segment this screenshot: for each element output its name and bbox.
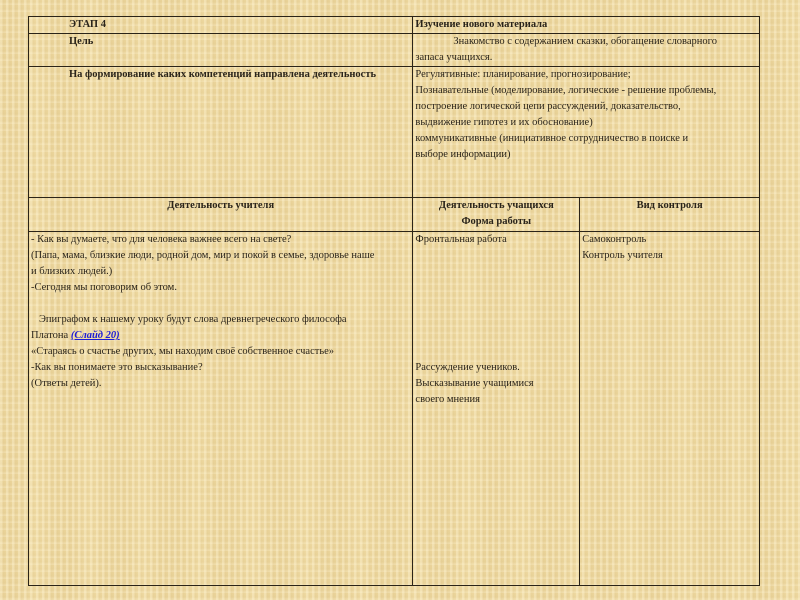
col-header-students-line2: Форма работы (415, 214, 577, 230)
activity-row: - Как вы думаете, что для человека важне… (29, 232, 760, 586)
expected-answer-1: (Папа, мама, близкие люди, родной дом, м… (31, 248, 382, 280)
col-header-students-line1: Деятельность учащихся (415, 198, 577, 214)
control-type-cell: Самоконтроль Контроль учителя (580, 232, 760, 586)
competencies-row: На формирование каких компетенций направ… (29, 67, 760, 198)
plato-quote: «Стараясь о счастье других, мы находим с… (31, 344, 382, 360)
students-reasoning: Рассуждение учеников. (415, 360, 577, 376)
competency-regulatory: Регулятивные: планирование, прогнозирова… (415, 67, 719, 83)
teacher-question-2: -Как вы понимаете это высказывание? (31, 360, 382, 376)
spacer (31, 296, 382, 312)
teacher-question-1: - Как вы думаете, что для человека важне… (31, 232, 382, 248)
work-form: Фронтальная работа (415, 232, 577, 248)
epigraph-intro: Эпиграфом к нашему уроку будут слова дре… (31, 312, 382, 344)
expected-answer-2: (Ответы детей). (31, 376, 382, 392)
competencies-label-text: На формирование каких компетенций направ… (31, 67, 410, 83)
competencies-label: На формирование каких компетенций направ… (29, 67, 413, 198)
competency-cognitive: Познавательные (моделирование, логически… (415, 83, 719, 131)
competencies-value: Регулятивные: планирование, прогнозирова… (413, 67, 760, 198)
competency-communicative: коммуникативные (инициативное сотрудниче… (415, 131, 719, 163)
goal-label: Цель (29, 34, 413, 67)
slide: ЭТАП 4 Изучение нового материала Цель Зн… (0, 0, 800, 600)
slide-20-link[interactable]: (Слайд 20) (71, 330, 120, 341)
stage-value: Изучение нового материала (413, 17, 760, 34)
col-header-teacher: Деятельность учителя (29, 198, 413, 232)
teacher-statement-1: -Сегодня мы поговорим об этом. (31, 280, 382, 296)
control-self: Самоконтроль (582, 232, 757, 248)
goal-row: Цель Знакомство с содержанием сказки, об… (29, 34, 760, 67)
stage-label: ЭТАП 4 (29, 17, 413, 34)
spacer (415, 248, 577, 360)
col-header-students: Деятельность учащихся Форма работы (413, 198, 580, 232)
column-header-row: Деятельность учителя Деятельность учащих… (29, 198, 760, 232)
goal-text: Знакомство с содержанием сказки, обогаще… (415, 34, 729, 66)
teacher-activity-cell: - Как вы думаете, что для человека важне… (29, 232, 413, 586)
control-teacher: Контроль учителя (582, 248, 757, 264)
lesson-plan-table: ЭТАП 4 Изучение нового материала Цель Зн… (28, 16, 760, 586)
students-opinion: Высказывание учащимися своего мнения (415, 376, 577, 408)
students-activity-cell: Фронтальная работа Рассуждение учеников.… (413, 232, 580, 586)
stage-row: ЭТАП 4 Изучение нового материала (29, 17, 760, 34)
col-header-control: Вид контроля (580, 198, 760, 232)
goal-value: Знакомство с содержанием сказки, обогаще… (413, 34, 760, 67)
